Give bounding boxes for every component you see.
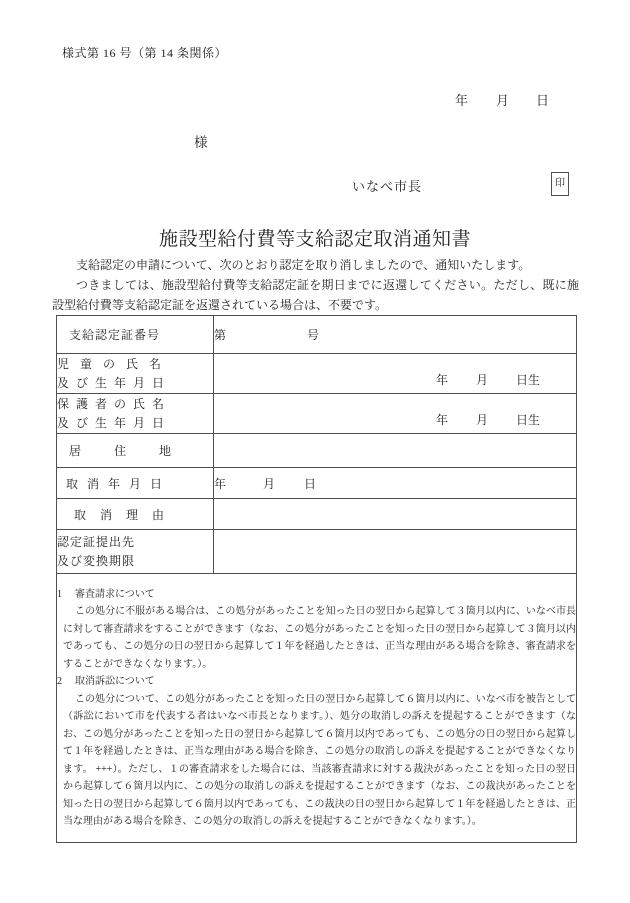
residence-label: 居住地	[69, 442, 204, 459]
cancellation-reason-label: 取消理由	[74, 506, 178, 523]
cancellation-date-row: 取消年月日 年月日	[57, 468, 577, 499]
issue-date-day-label: 日	[536, 90, 549, 109]
document-page: 様式第 16 号（第 14 条関係） 年 月 日 様 いなべ市長 印 施設型給付…	[0, 0, 630, 903]
child-year-label: 年	[436, 373, 448, 387]
child-month-label: 月	[476, 373, 488, 387]
note-2-heading: 2取消訴訟について	[57, 673, 576, 691]
certificate-submission-row: 認定証提出先 及び変換期限	[57, 530, 577, 574]
note-2-title: 取消訴訟について	[75, 676, 155, 687]
cancellation-year-label: 年	[214, 477, 226, 491]
intro-paragraph-1: 支給認定の申請について、次のとおり認定を取り消しましたので、通知いたします。	[52, 255, 579, 275]
cancellation-day-label: 日	[304, 477, 316, 491]
issue-date-line: 年 月 日	[0, 90, 630, 108]
note-1-title: 審査請求について	[75, 589, 155, 600]
certificate-submission-label-line2: 及び変換期限	[57, 552, 135, 571]
intro-paragraphs: 支給認定の申請について、次のとおり認定を取り消しましたので、通知いたします。 つ…	[52, 255, 579, 315]
certificate-number-prefix: 第	[214, 328, 226, 342]
note-2-body: この処分について、この処分があったことを知った日の翌日から起算して６箇月以内に、…	[63, 691, 576, 831]
child-name-label-line2: 及び生年月日	[57, 374, 171, 393]
cancellation-date-label: 取消年月日	[66, 475, 171, 492]
note-1-number: 1	[57, 586, 75, 604]
cancellation-month-label: 月	[263, 477, 275, 491]
guardian-name-label-line1: 保護者の氏名	[57, 395, 171, 414]
certificate-submission-value	[214, 530, 577, 574]
guardian-name-row: 保護者の氏名 及び生年月日 年月日生	[57, 394, 577, 434]
child-name-row: 児童の氏名 及び生年月日 年月日生	[57, 354, 577, 394]
note-2-number: 2	[57, 673, 75, 691]
guardian-birthdate-value: 年月日生	[214, 394, 577, 434]
note-1-body: この処分に不服がある場合は、この処分があったことを知った日の翌日から起算して３箇…	[63, 603, 576, 673]
form-number: 様式第 16 号（第 14 条関係）	[62, 44, 227, 61]
guardian-year-label: 年	[436, 413, 448, 427]
recipient-info-table: 支給認定証番号 第号 児童の氏名 及び生年月日 年月日生	[56, 315, 577, 843]
guardian-dayborn-label: 日生	[516, 413, 540, 427]
child-dayborn-label: 日生	[516, 373, 540, 387]
seal-icon: 印	[555, 179, 565, 189]
mayor-name: いなべ市長	[352, 176, 422, 195]
residence-row: 居住地	[57, 434, 577, 468]
seal-box: 印	[551, 172, 569, 196]
cancellation-reason-row: 取消理由	[57, 499, 577, 530]
guardian-name-label-line2: 及び生年月日	[57, 414, 171, 433]
intro-paragraph-2: つきましては、施設型給付費等支給認定証を期日までに返還してください。ただし、既に…	[52, 275, 579, 315]
notes-section: 1審査請求について この処分に不服がある場合は、この処分があったことを知った日の…	[57, 574, 577, 843]
issue-date-month-label: 月	[496, 90, 509, 109]
certificate-number-suffix: 号	[307, 328, 319, 342]
document-title: 施設型給付費等支給認定取消通知書	[0, 224, 630, 251]
child-birthdate-value: 年月日生	[214, 354, 577, 394]
certificate-number-value: 第号	[214, 316, 577, 354]
cancellation-date-value: 年月日	[214, 468, 577, 499]
addressee-honorific: 様	[194, 131, 208, 151]
certificate-number-row: 支給認定証番号 第号	[57, 316, 577, 354]
cancellation-reason-value	[214, 499, 577, 530]
certificate-submission-label-line1: 認定証提出先	[57, 533, 135, 552]
certificate-number-label: 支給認定証番号	[69, 326, 160, 343]
issue-date-year-label: 年	[455, 90, 468, 109]
residence-value	[214, 434, 577, 468]
note-1-heading: 1審査請求について	[57, 586, 576, 604]
notes-row: 1審査請求について この処分に不服がある場合は、この処分があったことを知った日の…	[57, 574, 577, 843]
guardian-month-label: 月	[476, 413, 488, 427]
child-name-label-line1: 児童の氏名	[57, 355, 172, 374]
